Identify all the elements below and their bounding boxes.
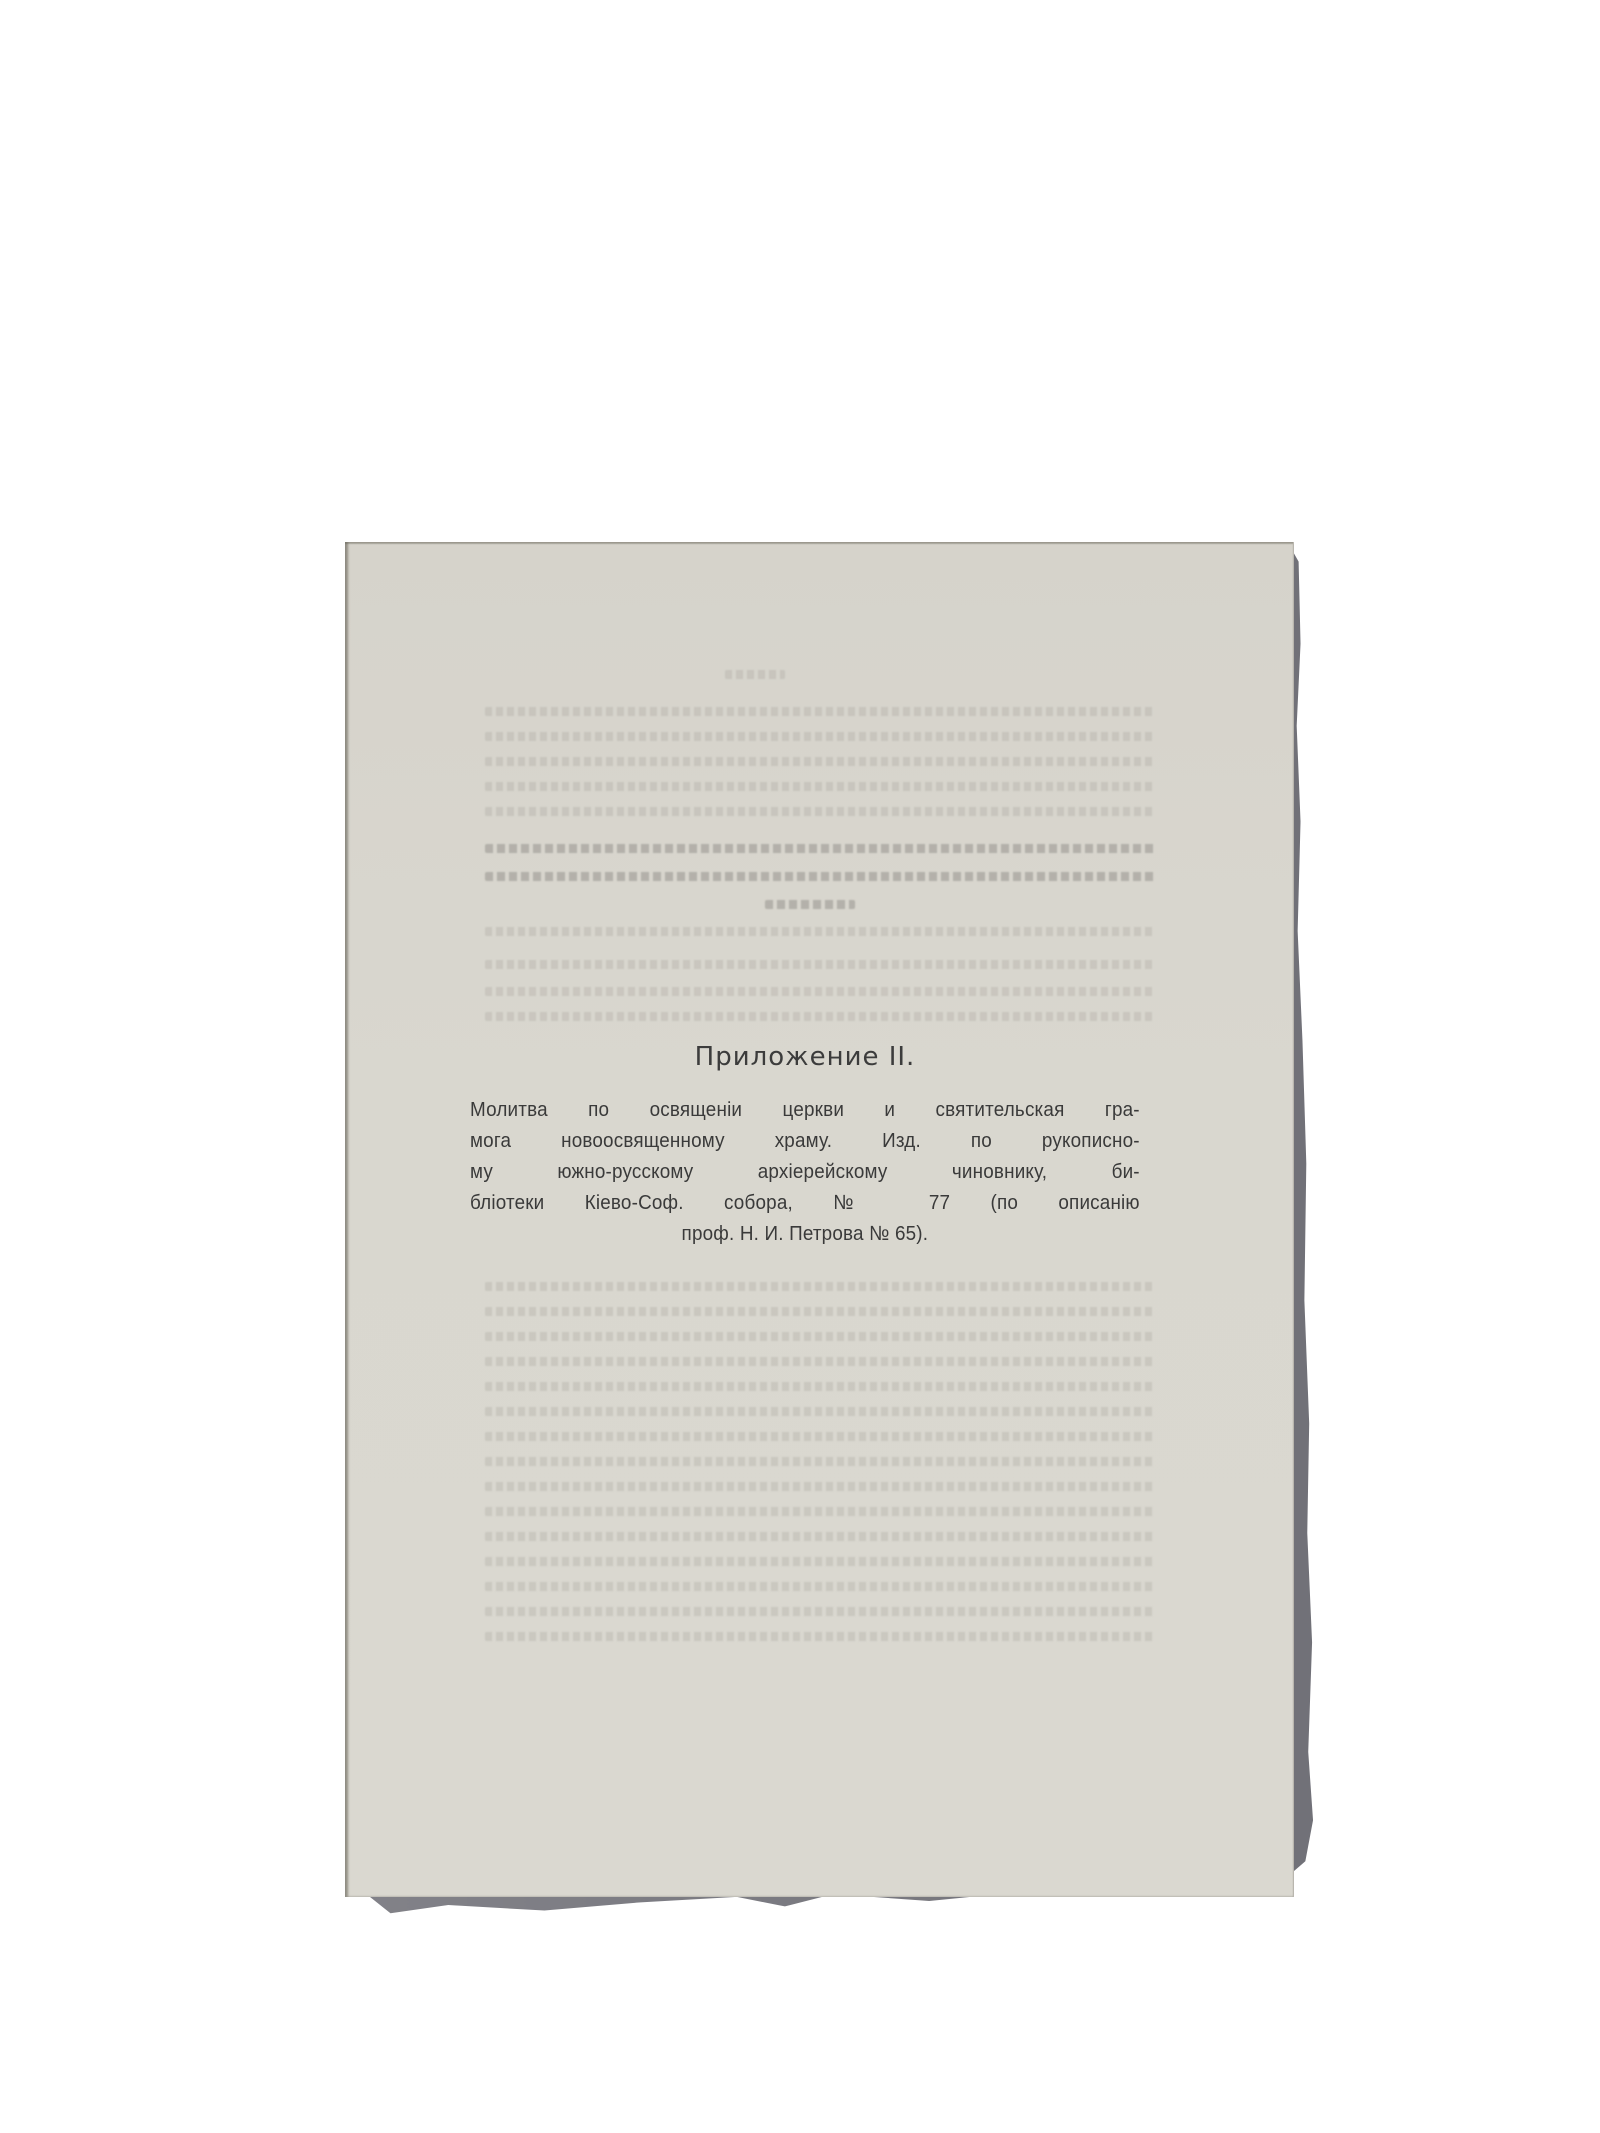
appendix-description: Молитва по освященіи церкви и святительс… <box>470 1094 1140 1249</box>
description-line: проф. Н. И. Петрова № 65). <box>470 1218 1140 1249</box>
bleed-through-line <box>485 872 1155 881</box>
bleed-through-line <box>485 707 1155 716</box>
appendix-block: Приложение II. Молитва по освященіи церк… <box>470 1042 1140 1249</box>
bleed-through-line <box>485 1507 1155 1516</box>
bleed-through-line <box>485 1012 1155 1021</box>
description-line: бліотеки Кіево-Соф. собора, № 77 (по опи… <box>470 1187 1140 1218</box>
bleed-through-line <box>485 782 1155 791</box>
bleed-through-line <box>485 1382 1155 1391</box>
bleed-through-line <box>485 1457 1155 1466</box>
bleed-through-line <box>765 900 855 909</box>
bleed-through-line <box>485 1582 1155 1591</box>
bleed-through-line <box>485 1607 1155 1616</box>
bleed-through-line <box>485 1332 1155 1341</box>
bleed-through-line <box>725 670 785 679</box>
appendix-heading: Приложение II. <box>470 1042 1140 1072</box>
document-page: Приложение II. Молитва по освященіи церк… <box>345 542 1294 1897</box>
bleed-through-line <box>485 807 1155 816</box>
bleed-through-line <box>485 1407 1155 1416</box>
bleed-through-line <box>485 1557 1155 1566</box>
bleed-through-line <box>485 732 1155 741</box>
bleed-through-line <box>485 844 1155 853</box>
bleed-through-line <box>485 927 1155 936</box>
description-line: Молитва по освященіи церкви и святительс… <box>470 1094 1140 1125</box>
bleed-through-line <box>485 987 1155 996</box>
bleed-through-line <box>485 1307 1155 1316</box>
bleed-through-line <box>485 757 1155 766</box>
description-line: му южно-русскому архіерейскому чиновнику… <box>470 1156 1140 1187</box>
bleed-through-line <box>485 1282 1155 1291</box>
description-line: мога новоосвященному храму. Изд. по руко… <box>470 1125 1140 1156</box>
bleed-through-line <box>485 1632 1155 1641</box>
bleed-through-line <box>485 1482 1155 1491</box>
bleed-through-line <box>485 1532 1155 1541</box>
bleed-through-line <box>485 1357 1155 1366</box>
bleed-through-line <box>485 1432 1155 1441</box>
bleed-through-line <box>485 960 1155 969</box>
